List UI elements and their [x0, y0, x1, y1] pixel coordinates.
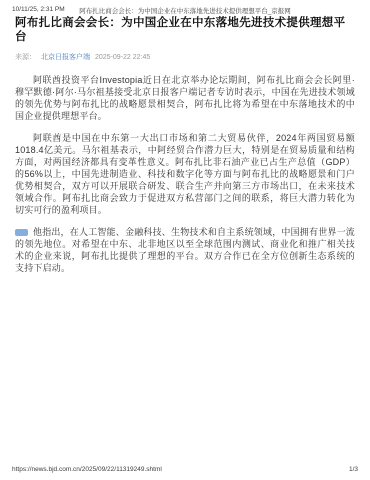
source-link[interactable]: 北京日报客户端: [41, 52, 90, 62]
article-title: 阿布扎比商会会长：为中国企业在中东落地先进技术提供理想平台: [15, 16, 355, 44]
paragraph-1: 阿联酋投资平台Investopia近日在北京举办论坛期间，阿布扎比商会会长阿里·…: [15, 74, 355, 122]
print-footer: https://news.bjd.com.cn/2025/09/22/11319…: [0, 463, 370, 473]
print-url: https://news.bjd.com.cn/2025/09/22/11319…: [12, 466, 162, 473]
share-icon[interactable]: [15, 229, 28, 236]
print-timestamp: 10/11/25, 2:31 PM: [12, 6, 65, 13]
print-doc-title: 阿布扎比商会会长：为中国企业在中东落地先进技术提供理想平台_京报网: [79, 6, 291, 15]
paragraph-3: 他指出，在人工智能、金融科技、生物技术和自主系统领域，中国拥有世界一流的领先地位…: [15, 226, 355, 274]
source-label: 来源：: [15, 52, 36, 62]
page-indicator: 1/3: [349, 466, 358, 473]
publish-time: 2025-09-22 22:45: [95, 54, 150, 61]
article-body: 阿联酋投资平台Investopia近日在北京举办论坛期间，阿布扎比商会会长阿里·…: [15, 74, 355, 274]
article-meta: 来源： 北京日报客户端 2025-09-22 22:45: [15, 52, 355, 62]
print-preview-page: 10/11/25, 2:31 PM 阿布扎比商会会长：为中国企业在中东落地先进技…: [0, 0, 370, 480]
article: 阿布扎比商会会长：为中国企业在中东落地先进技术提供理想平台 来源： 北京日报客户…: [15, 16, 355, 284]
paragraph-2: 阿联酋是中国在中东第一大出口市场和第二大贸易伙伴，2024年两国贸易额1018.…: [15, 132, 355, 216]
